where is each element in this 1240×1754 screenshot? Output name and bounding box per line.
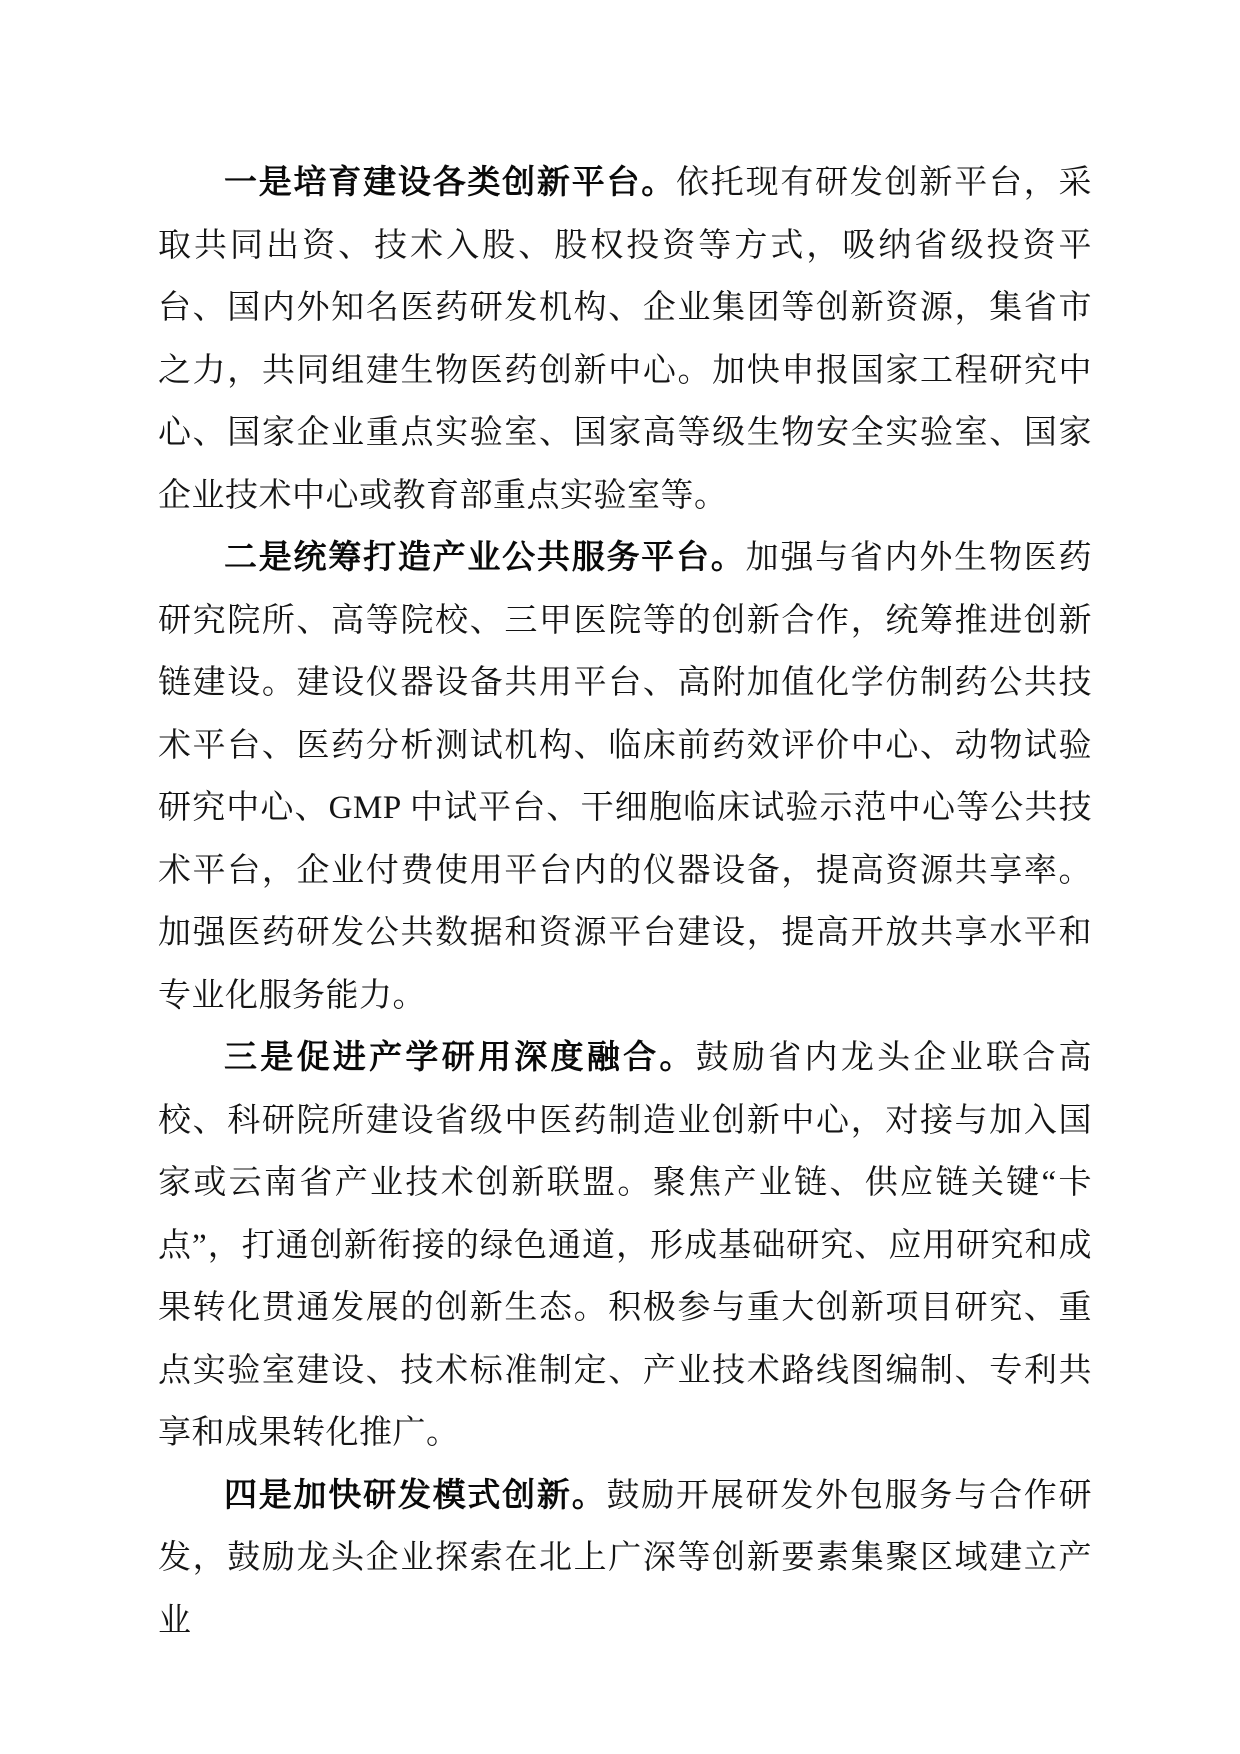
paragraph-2: 二是统筹打造产业公共服务平台。加强与省内外生物医药研究院所、高等院校、三甲医院等… (158, 527, 1092, 1027)
paragraph-3-body: 鼓励省内龙头企业联合高校、科研院所建设省级中医药制造业创新中心，对接与加入国家或… (158, 1040, 1092, 1451)
paragraph-3-lead: 三是促进产学研用深度融合。 (224, 1040, 696, 1076)
text-block: 一是培育建设各类创新平台。依托现有研发创新平台，采取共同出资、技术入股、股权投资… (158, 152, 1092, 1652)
paragraph-1-body: 依托现有研发创新平台，采取共同出资、技术入股、股权投资等方式，吸纳省级投资平台、… (158, 165, 1092, 514)
paragraph-4: 四是加快研发模式创新。鼓励开展研发外包服务与合作研发，鼓励龙头企业探索在北上广深… (158, 1465, 1092, 1653)
paragraph-2-body: 加强与省内外生物医药研究院所、高等院校、三甲医院等的创新合作，统筹推进创新链建设… (158, 540, 1092, 1014)
paragraph-3: 三是促进产学研用深度融合。鼓励省内龙头企业联合高校、科研院所建设省级中医药制造业… (158, 1027, 1092, 1465)
document-page: 一是培育建设各类创新平台。依托现有研发创新平台，采取共同出资、技术入股、股权投资… (0, 0, 1240, 1754)
paragraph-2-lead: 二是统筹打造产业公共服务平台。 (224, 540, 746, 576)
paragraph-1-lead: 一是培育建设各类创新平台。 (224, 165, 676, 201)
paragraph-1: 一是培育建设各类创新平台。依托现有研发创新平台，采取共同出资、技术入股、股权投资… (158, 152, 1092, 527)
paragraph-4-lead: 四是加快研发模式创新。 (224, 1478, 606, 1514)
